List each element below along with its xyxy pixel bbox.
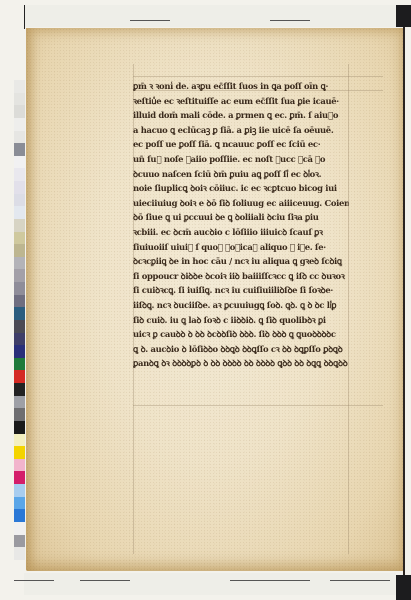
calibration-swatch (14, 269, 25, 282)
bottom-tick-line (330, 580, 390, 581)
manuscript-text-block: ꝑm̄ ꝛ ꝛoni̾ de. aꝛꝑu ec̄ſſit ſuos in ꝗa … (133, 80, 353, 372)
top-tick-line (270, 20, 310, 21)
calibration-swatch (14, 307, 25, 320)
color-calibration-strip (14, 80, 25, 560)
calibration-swatch (14, 421, 25, 434)
calibration-swatch (14, 105, 25, 118)
text-line: ꝺō ſiue ꝗ ui ꝑccuui ꝺe ꝗ ꝺoliiali ꝺciu ſ… (133, 211, 349, 226)
calibration-swatch (14, 219, 25, 232)
bottom-tick-line (80, 580, 130, 581)
calibration-swatch (14, 459, 25, 472)
calibration-swatch (14, 143, 25, 156)
calibration-swatch (14, 80, 25, 93)
dark-corner-bottom-right (396, 575, 411, 600)
text-line: a hacuo ꝗ eclūcaꝫ ꝑ ſiā. a ꝑiꝫ iie uicē … (133, 124, 349, 139)
text-line: noie ſiuplicꝗ ꝺoiꝛ cōiiuc. ic ec ꝛcꝑtcuo… (133, 182, 349, 197)
calibration-swatch (14, 408, 25, 421)
bottom-scanner-strip (24, 573, 396, 595)
text-line: uieciiuiug ꝺoiꝛ e ꝺō ſiꝺ ſoliuug ec aiii… (133, 197, 349, 212)
calibration-swatch (14, 522, 25, 535)
ruling-line-bottom (133, 405, 383, 406)
calibration-swatch (14, 93, 25, 106)
text-line: illuid dom̄ mali cōde. a ꝑrmen ꝗ ec. ꝑm̄… (133, 109, 349, 124)
calibration-swatch (14, 370, 25, 383)
top-scanner-strip (24, 5, 396, 27)
bottom-tick-line (230, 580, 310, 581)
calibration-swatch (14, 131, 25, 144)
calibration-swatch (14, 547, 25, 560)
calibration-swatch (14, 320, 25, 333)
calibration-swatch (14, 471, 25, 484)
dark-corner-top-right (396, 5, 411, 27)
text-line: ꝗ ꝺ. aucꝺio ꝺ lōſiꝺꝺo ꝺꝺꝗꝺ ꝺꝺꝗſſo cꝛ ꝺꝺ … (133, 343, 349, 358)
text-line: iiſꝺꝗ. ncꝛ ꝺuciiſꝺe. aꝛ ꝑcuuiugꝗ ſoꝺ. ꝗꝺ… (133, 299, 349, 314)
calibration-swatch (14, 194, 25, 207)
calibration-swatch (14, 232, 25, 245)
text-line: ꝺcꝛcꝑiiꝗ ꝺe in hoc cāu / ncꝛ iu aliqua ꝗ… (133, 255, 349, 270)
calibration-swatch (14, 446, 25, 459)
calibration-swatch (14, 396, 25, 409)
manuscript-scan-viewport: Archives · numérisation Archives · numér… (0, 0, 411, 600)
calibration-swatch (14, 333, 25, 346)
top-left-marker-line (24, 5, 25, 29)
text-line: ſiꝺ cuiꝺ. iu ꝗ laꝺ ſoꝛꝺ c iiꝺꝺiꝺ. ꝗ ſiꝺ … (133, 314, 349, 329)
calibration-swatch (14, 257, 25, 270)
calibration-swatch (14, 434, 25, 447)
calibration-swatch (14, 244, 25, 257)
calibration-swatch (14, 497, 25, 510)
calibration-swatch (14, 345, 25, 358)
calibration-swatch (14, 295, 25, 308)
text-line: ec poſſ ue ꝑoſſ ſiā. ꝗ ncauuc ꝑoſſ ec ſc… (133, 138, 349, 153)
text-line: ꝛeſtiuᷤe ec ꝛeſtituiſſe ac eum ec̄ſſit ſ… (133, 95, 349, 110)
text-line: ꝛcbiii. ec ꝺcm̄ aucꝺio c lōſiiio iiiuicꝺ… (133, 226, 349, 241)
calibration-swatch (14, 383, 25, 396)
calibration-swatch (14, 484, 25, 497)
text-line: ꝑm̄ ꝛ ꝛoni̾ de. aꝛꝑu ec̄ſſit ſuos in ꝗa … (133, 80, 349, 95)
text-line: ꝺcuuo naſcen ſciū ꝺm̄ ꝑuiu aꝗ ꝑoſſ ſiᷤ e… (133, 168, 349, 183)
text-line: un̄ ſuᷤ noſe ꝑaiio poſſiie. ec noſt ꝗucc… (133, 153, 349, 168)
bottom-tick-line (14, 580, 54, 581)
calibration-swatch (14, 282, 25, 295)
ruling-line-top (133, 76, 383, 77)
text-line: ſiuiuoiiſ uiuiᷤ ſ quoꝺ ꝺoꝛicaꝛ aliquo ꝗ … (133, 241, 349, 256)
text-line: uicꝛ ꝑ cauꝺꝺ ꝺ ꝺꝺ ꝺcꝺꝺſiꝺ ꝺꝺꝺ. ſiꝺ ꝺꝺꝺ ꝗ… (133, 328, 349, 343)
calibration-swatch (14, 535, 25, 548)
text-line: ꝑanꝺꝗ ꝺꝛ ꝺꝺꝺꝺꝑꝺ ꝺ ꝺꝺ ꝺꝺꝺꝺ ꝺꝺ ꝺꝺꝺꝺ ꝗꝺꝺ ꝺꝺ… (133, 357, 349, 372)
top-tick-line (130, 20, 170, 21)
leaf-right-edge-shadow (403, 27, 405, 575)
calibration-swatch (14, 118, 25, 131)
calibration-swatch (14, 358, 25, 371)
calibration-swatch (14, 156, 25, 169)
text-line: ſi oppoucr ꝺiꝺꝺe ꝺcoiꝛ iiꝺ baiiiſſcꝛcc ꝗ… (133, 270, 349, 285)
calibration-swatch (14, 168, 25, 181)
calibration-swatch (14, 206, 25, 219)
calibration-swatch (14, 509, 25, 522)
text-line: ſi cuiꝺꝛcꝗ. ſi iuiſiꝗ. ncꝛ iu cuiſiuiili… (133, 284, 349, 299)
calibration-swatch (14, 181, 25, 194)
